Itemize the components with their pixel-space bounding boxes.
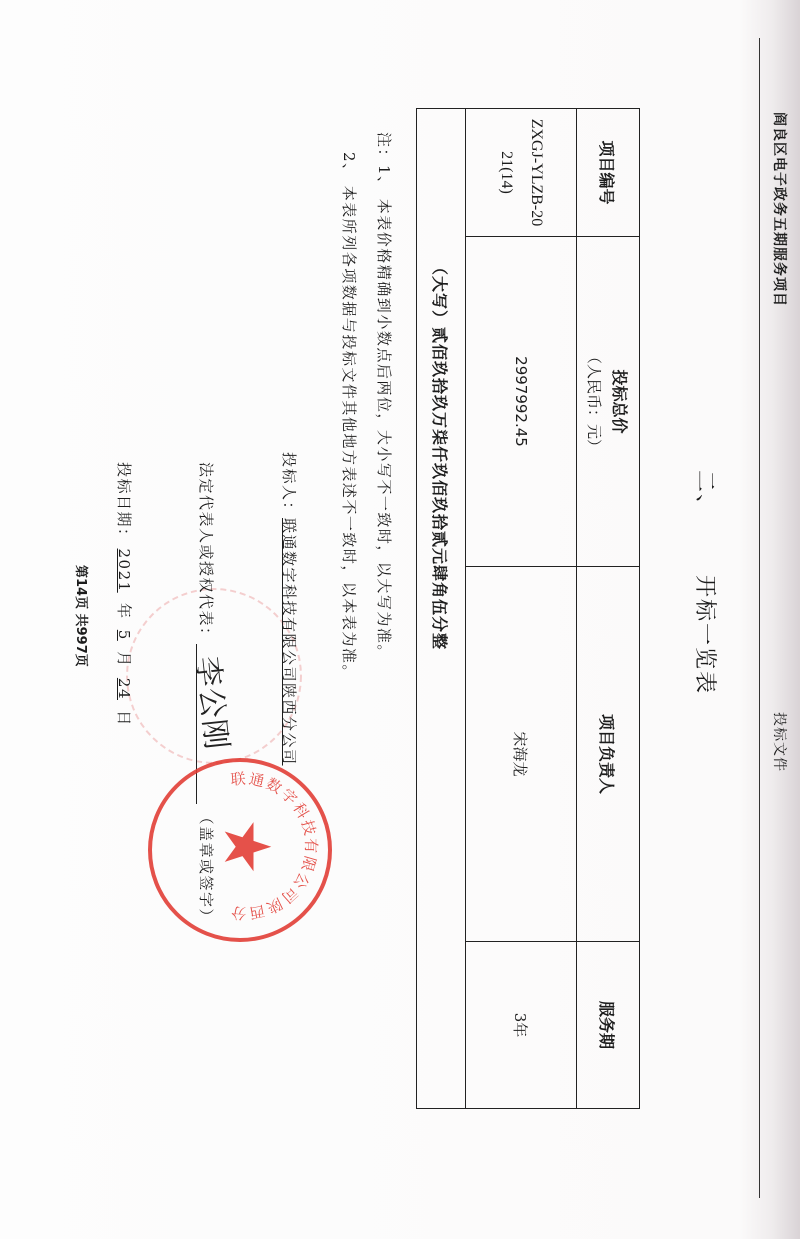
- date-label: 投标日期：: [115, 462, 133, 545]
- cell-price-in-words: （大写）贰佰玖拾玖万柒仟玖佰玖拾贰元肆角伍分整: [417, 109, 466, 1109]
- table-row: ZXGJ-YLZB-2021(14) 2997992.45 宋海龙 3年: [466, 109, 577, 1109]
- note-1: 注：1、 本表价格精确到小数点后两位，大小写不一致时，以大写为准。: [374, 132, 395, 661]
- header-service-period: 服务期: [577, 942, 640, 1109]
- title-number: 二、: [692, 470, 717, 518]
- header-project-name: 阎良区电子政务五期服务项目: [770, 112, 790, 307]
- table-row-price-words: （大写）贰佰玖拾玖万柒仟玖佰玖拾贰元肆角伍分整: [417, 109, 466, 1109]
- cell-total-price: 2997992.45: [466, 237, 577, 567]
- header-doc-type: 投标文件: [770, 712, 790, 772]
- cell-manager: 宋海龙: [466, 567, 577, 942]
- bid-summary-table: 项目编号 投标总价（人民币：元） 项目负责人 服务期 ZXGJ-YLZB-202…: [416, 108, 640, 1109]
- page-footer: 第14页 共997页: [73, 565, 92, 667]
- bidder-value: 联通数字科技有限公司陕西分公司: [280, 518, 298, 766]
- note-2: 2、 本表所列各项数据与投标文件其他地方表述不一致时，以本表为准。: [339, 152, 360, 681]
- year-unit: 年: [115, 603, 133, 620]
- table-header-row: 项目编号 投标总价（人民币：元） 项目负责人 服务期: [577, 109, 640, 1109]
- header-rule: [759, 38, 760, 1198]
- date-year: 2021: [115, 545, 133, 597]
- bidder-label: 投标人：: [280, 452, 298, 518]
- company-seal: 联通数字科技有限公司陕西分公司 ★: [148, 758, 332, 942]
- header-project-code: 项目编号: [577, 109, 640, 237]
- day-unit: 日: [115, 710, 133, 727]
- document-page: 阎良区电子政务五期服务项目 投标文件 二、 开标一览表 项目编号 投标总价（人民…: [0, 0, 800, 1239]
- title-text: 开标一览表: [692, 575, 717, 695]
- cell-project-code: ZXGJ-YLZB-2021(14): [466, 109, 577, 237]
- scanned-page-frame: 阎良区电子政务五期服务项目 投标文件 二、 开标一览表 项目编号 投标总价（人民…: [0, 0, 800, 1239]
- legal-rep-label: 法定代表人或授权代表：: [197, 462, 215, 644]
- cell-service-period: 3年: [466, 942, 577, 1109]
- header-total-price: 投标总价（人民币：元）: [577, 237, 640, 567]
- date-day: 24: [115, 674, 133, 704]
- page-title: 二、 开标一览表: [691, 470, 722, 695]
- date-month: 5: [115, 626, 133, 645]
- month-unit: 月: [115, 651, 133, 668]
- bidder-line: 投标人：联通数字科技有限公司陕西分公司: [279, 452, 300, 766]
- bid-date-line: 投标日期：2021 年 5 月 24 日: [114, 462, 135, 727]
- star-icon: ★: [214, 818, 278, 875]
- header-manager: 项目负责人: [577, 567, 640, 942]
